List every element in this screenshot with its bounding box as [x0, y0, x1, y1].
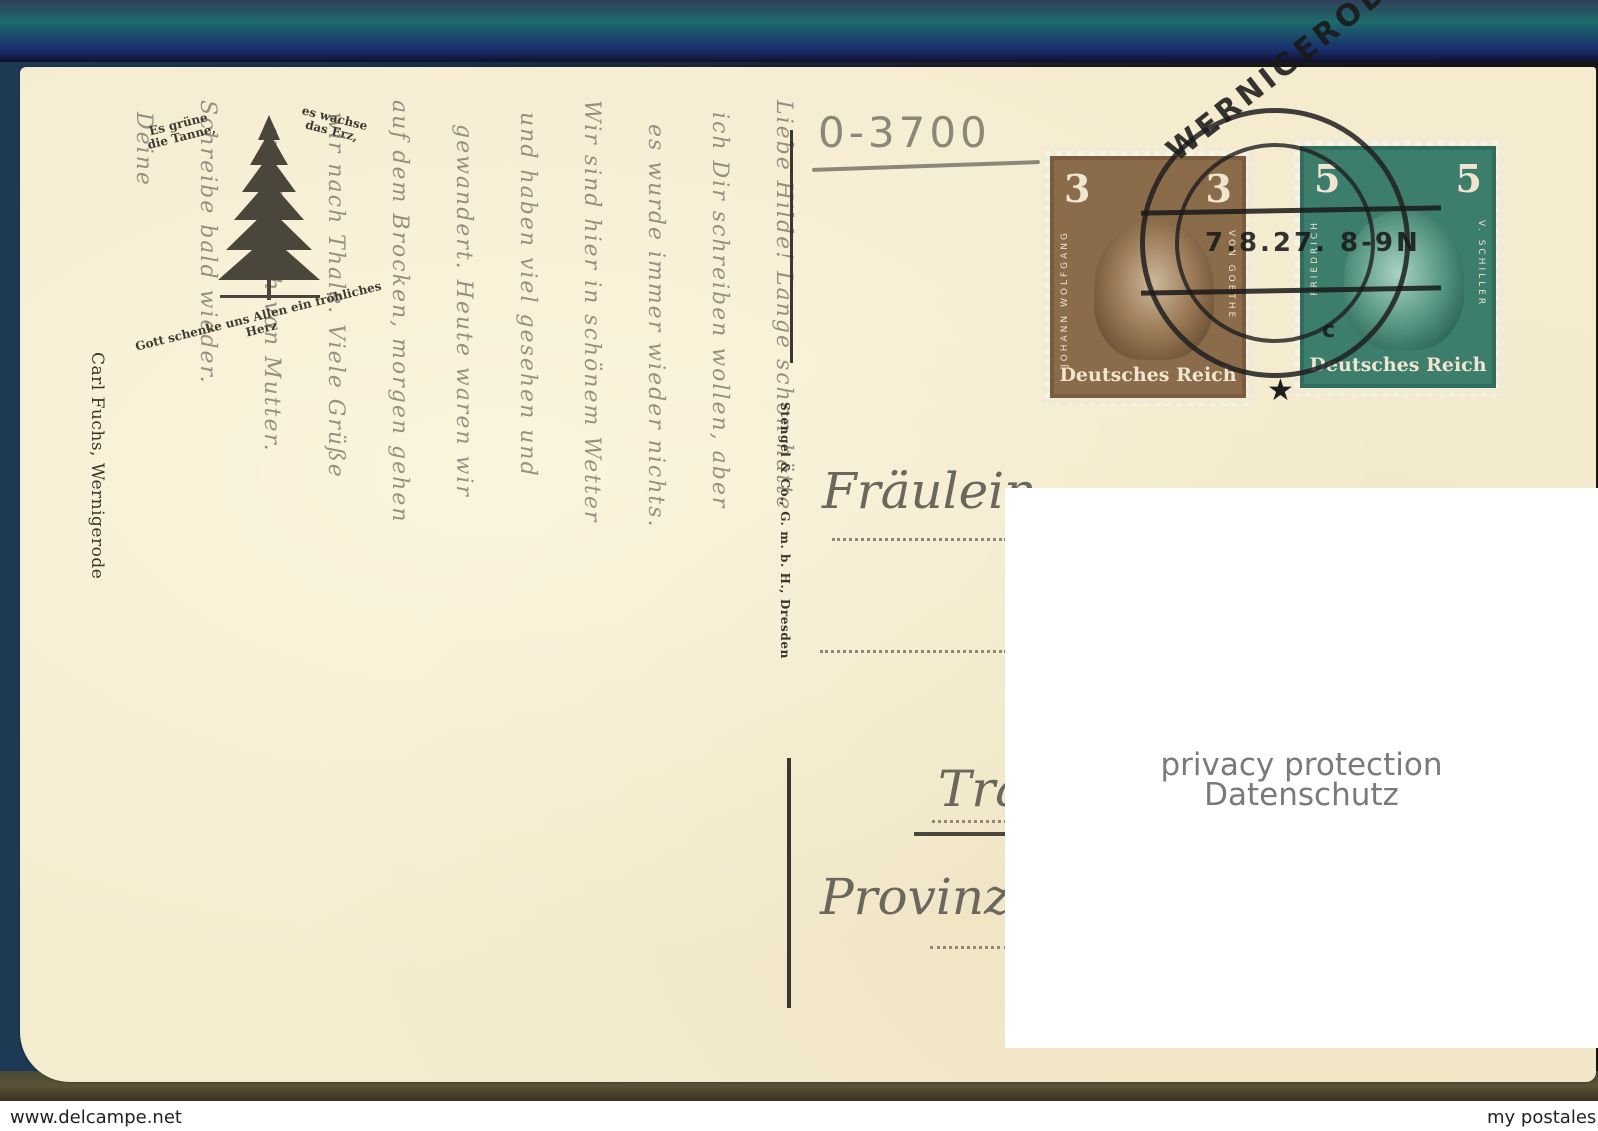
stamp-side-name: V. SCHILLER	[1476, 220, 1486, 307]
printer-imprint: Stengel & Co., G. m. b. H., Dresden	[778, 402, 792, 659]
handwriting-line: es wurde immer wieder nichts.	[643, 124, 668, 529]
stamp-country: Deutsches Reich	[1054, 364, 1242, 386]
address-dotted-line	[932, 820, 1007, 823]
privacy-text-de: Datenschutz	[1005, 780, 1598, 810]
publisher-imprint: Carl Fuchs, Wernigerode	[87, 352, 107, 579]
center-divider-bottom	[787, 758, 791, 1008]
handwriting-line: gewandert. Heute waren wir	[451, 124, 476, 498]
watermark-delcampe: www.delcampe.net	[10, 1107, 182, 1128]
watermark-mypostales: my postales	[1487, 1107, 1596, 1128]
privacy-text: privacy protection	[1005, 750, 1598, 780]
address-dotted-line	[820, 650, 1007, 653]
address-dotted-line	[832, 538, 1007, 541]
stamp-value: 5	[1456, 156, 1482, 201]
stamp-side-name: JOHANN WOLFGANG	[1060, 230, 1070, 367]
address-dotted-line	[930, 946, 1007, 949]
fir-tree-icon	[200, 110, 340, 310]
postmark-cancellation: WERNIGERODE 7.8.27. 8-9N c ★	[1140, 108, 1410, 378]
postmark-code: c	[1322, 318, 1335, 343]
stamp-value: 3	[1064, 166, 1090, 211]
postmark-date: 7.8.27. 8-9N	[1205, 228, 1421, 258]
center-divider-top	[790, 130, 793, 363]
handwriting-line: Wir sind hier in schönem Wetter	[579, 100, 604, 523]
address-underline	[914, 832, 1007, 836]
tree-emblem: Es grüne die Tanne, es wachse das Erz, G…	[140, 100, 400, 360]
handwriting-line: und haben viel gesehen und	[515, 112, 540, 478]
address-line-3: Provinz	[820, 868, 1010, 926]
pencil-postcode-note: 0-3700	[818, 108, 991, 157]
privacy-overlay: privacy protection Datenschutz	[1005, 488, 1598, 1048]
handwriting-line: ich Dir schreiben wollen, aber	[707, 112, 732, 509]
star-icon: ★	[1267, 373, 1294, 408]
